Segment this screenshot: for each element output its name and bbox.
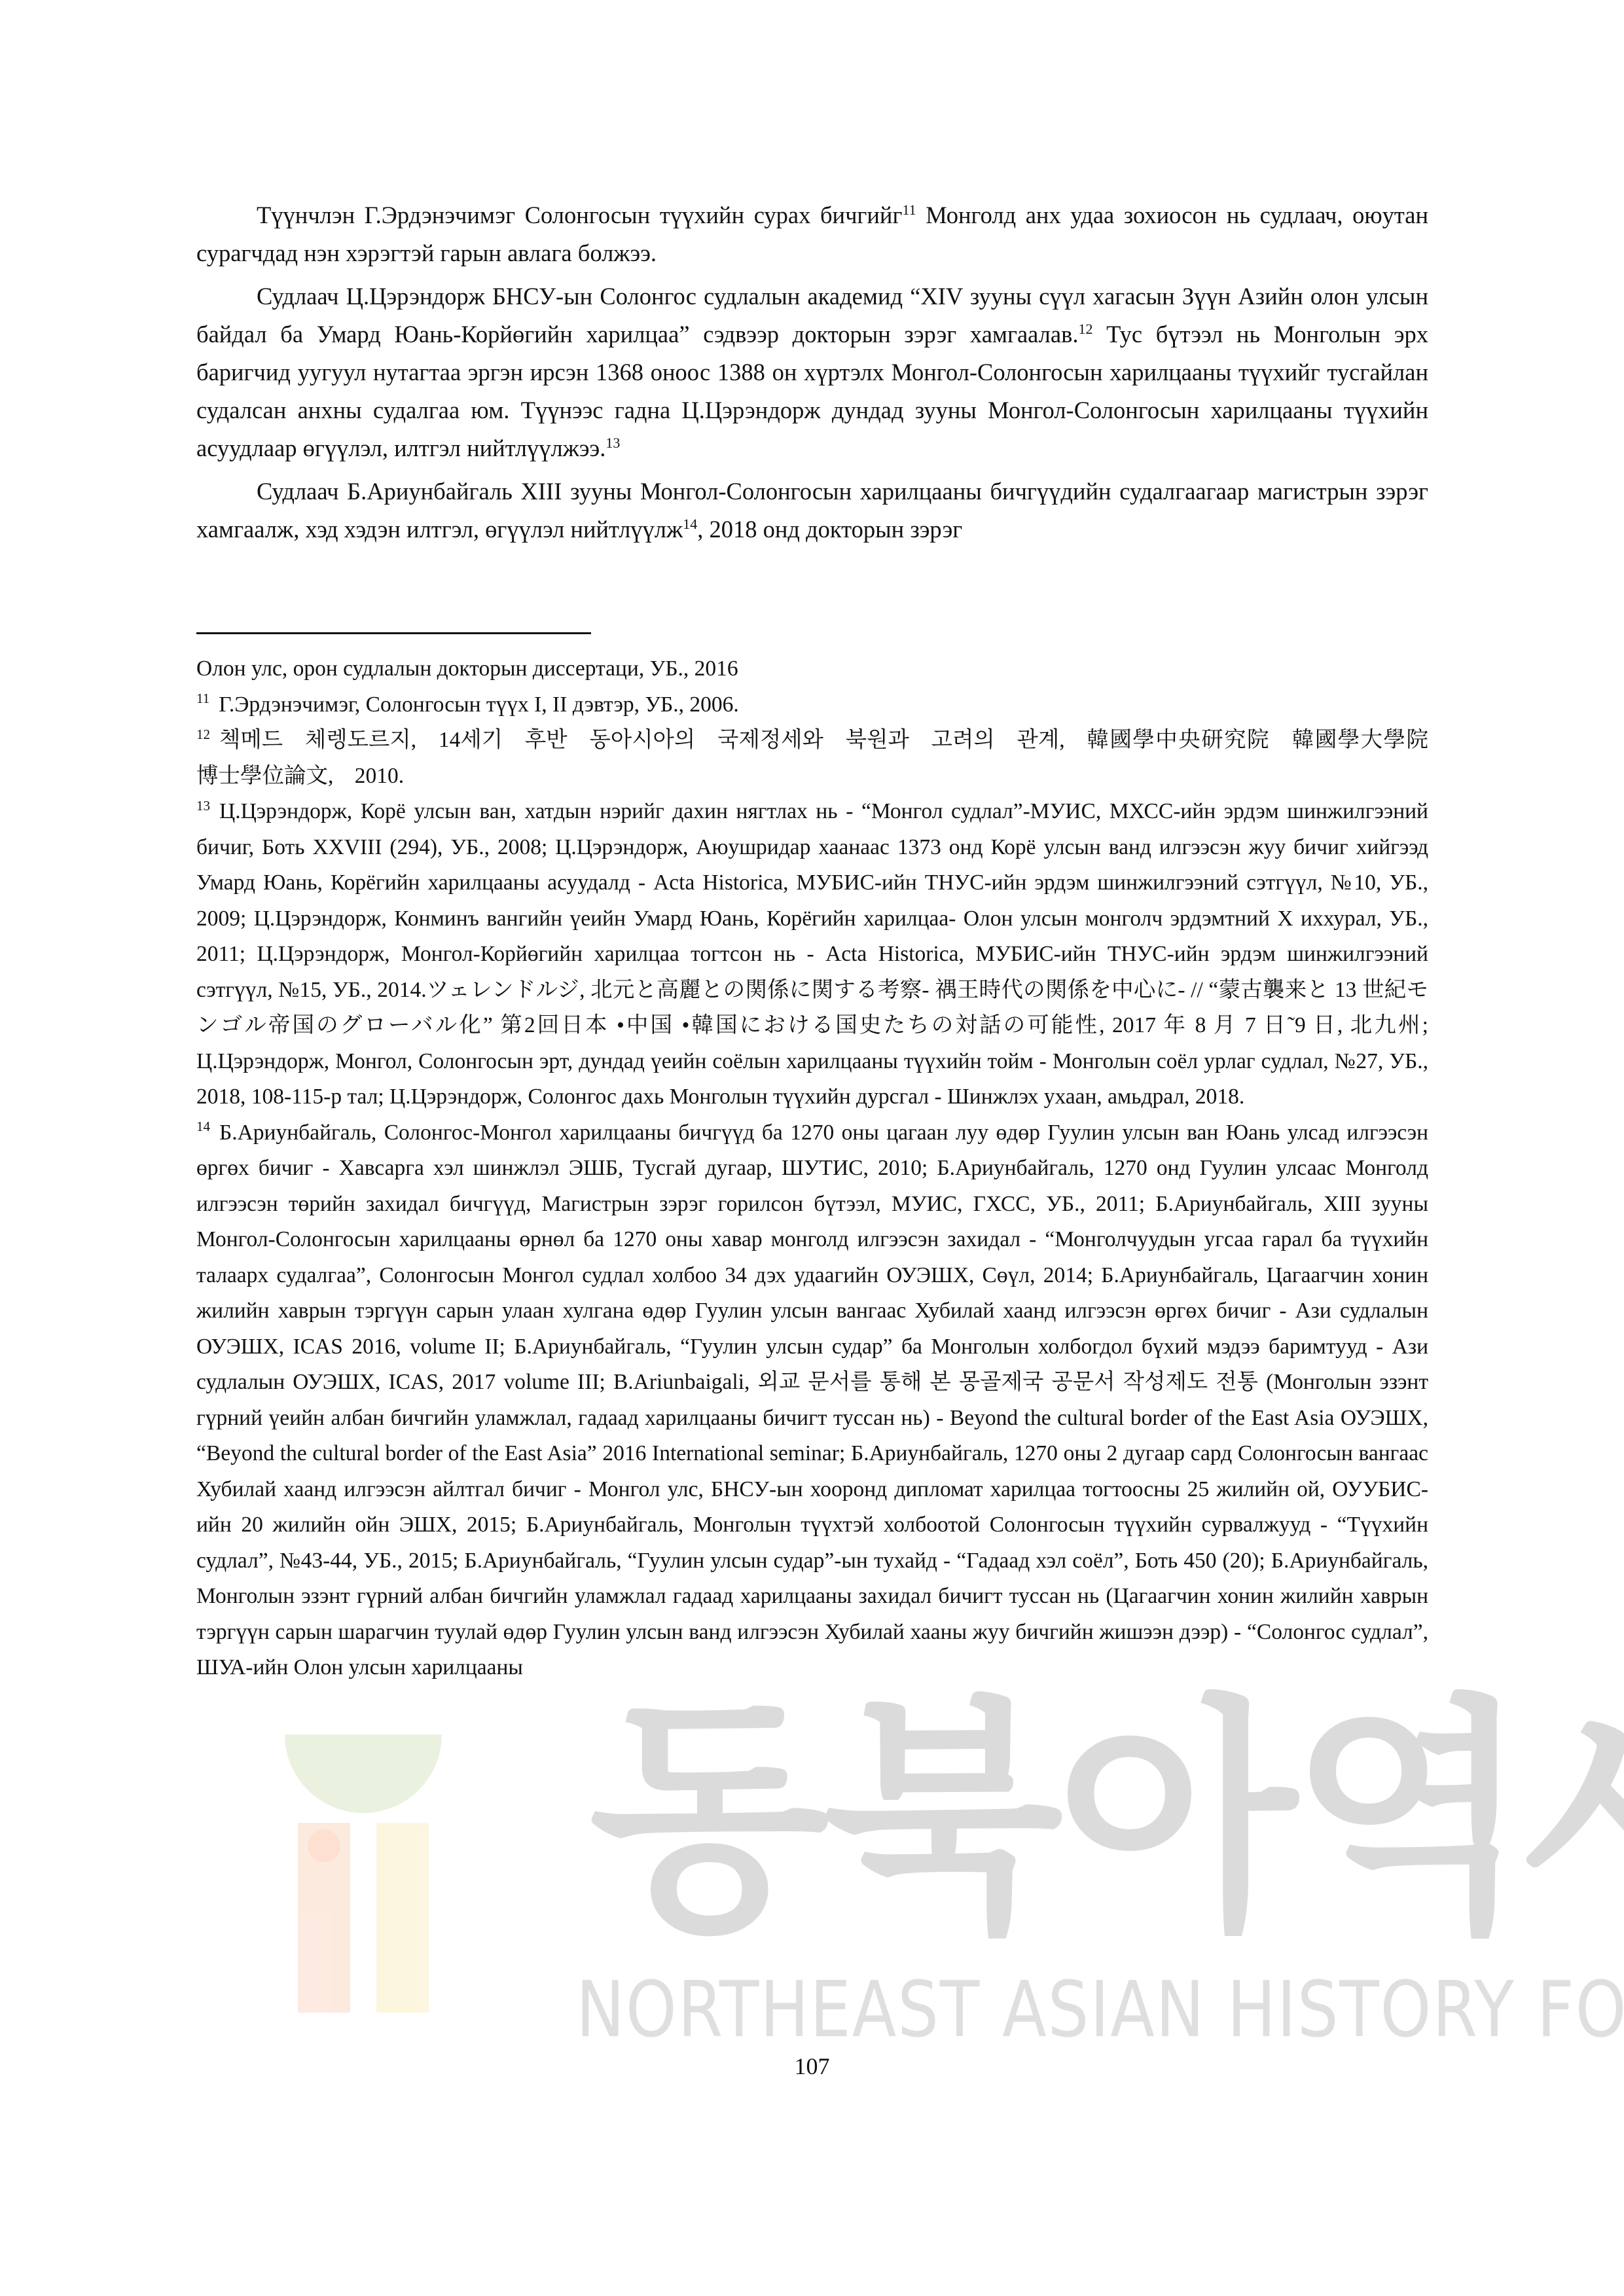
footnote-ref-12[interactable]: 12 xyxy=(1078,321,1092,337)
watermark-english-text: NORTHEAST ASIAN HISTORY FOUNDATION xyxy=(576,1970,1624,2049)
footnote-ref-14[interactable]: 14 xyxy=(683,516,697,532)
footnotes: Олон улс, орон судлалын докторын диссерт… xyxy=(196,651,1428,1686)
paragraph-1: Түүнчлэн Г.Эрдэнэчимэг Солонгосын түүхий… xyxy=(196,196,1428,272)
footnote-number: 12 xyxy=(196,726,210,742)
watermark-korean-text: 동북아역사재단 xyxy=(589,1695,1624,1944)
logo-orange-dot xyxy=(308,1829,340,1862)
footnote-text: Г.Эрдэнэчимэг, Солонгосын түүх I, II дэв… xyxy=(219,692,739,717)
footnote-ref-13[interactable]: 13 xyxy=(605,435,620,451)
paragraph-text: Түүнчлэн Г.Эрдэнэчимэг Солонгосын түүхий… xyxy=(257,202,902,228)
footnote-13: 13Ц.Цэрэндорж, Корё улсын ван, хатдын нэ… xyxy=(196,794,1428,1115)
document-page: 동북아역사재단 NORTHEAST ASIAN HISTORY FOUNDATI… xyxy=(0,0,1624,2296)
footnote-text: 첵메드 체렝도르지, 14세기 후반 동아시아의 국제정세와 북원과 고려의 관… xyxy=(196,728,1428,788)
footnote-text: Ц.Цэрэндорж, Корё улсын ван, хатдын нэри… xyxy=(196,799,1428,1109)
footnote-number: 11 xyxy=(196,691,209,706)
footnote-11: 11Г.Эрдэнэчимэг, Солонгосын түүх I, II д… xyxy=(196,687,1428,723)
footnote-number: 13 xyxy=(196,798,210,814)
logo-leaf-shape xyxy=(285,1734,442,1813)
paragraph-text: , 2018 онд докторын зэрэг xyxy=(697,516,962,543)
footnote-14: 14Б.Ариунбайгаль, Солонгос-Монгол харилц… xyxy=(196,1115,1428,1686)
foundation-logo-icon xyxy=(262,1718,465,2026)
page-number: 107 xyxy=(0,2053,1624,2080)
body-text: Түүнчлэн Г.Эрдэнэчимэг Солонгосын түүхий… xyxy=(196,196,1428,554)
footnote-text: Б.Ариунбайгаль, Солонгос-Монгол харилцаа… xyxy=(196,1121,1428,1680)
logo-yellow-bar xyxy=(376,1823,429,2013)
footnote-number: 14 xyxy=(196,1119,210,1134)
footnote-12: 12첵메드 체렝도르지, 14세기 후반 동아시아의 국제정세와 북원과 고려의… xyxy=(196,723,1428,794)
paragraph-3: Судлаач Б.Ариунбайгаль XIII зууны Монгол… xyxy=(196,473,1428,548)
paragraph-2: Судлаач Ц.Цэрэндорж БНСУ-ын Солонгос суд… xyxy=(196,278,1428,467)
footnote-separator xyxy=(196,632,591,634)
footnote-ref-11[interactable]: 11 xyxy=(902,202,916,218)
footnote-continuation: Олон улс, орон судлалын докторын диссерт… xyxy=(196,651,1428,687)
logo-orange-bar xyxy=(298,1823,350,2013)
